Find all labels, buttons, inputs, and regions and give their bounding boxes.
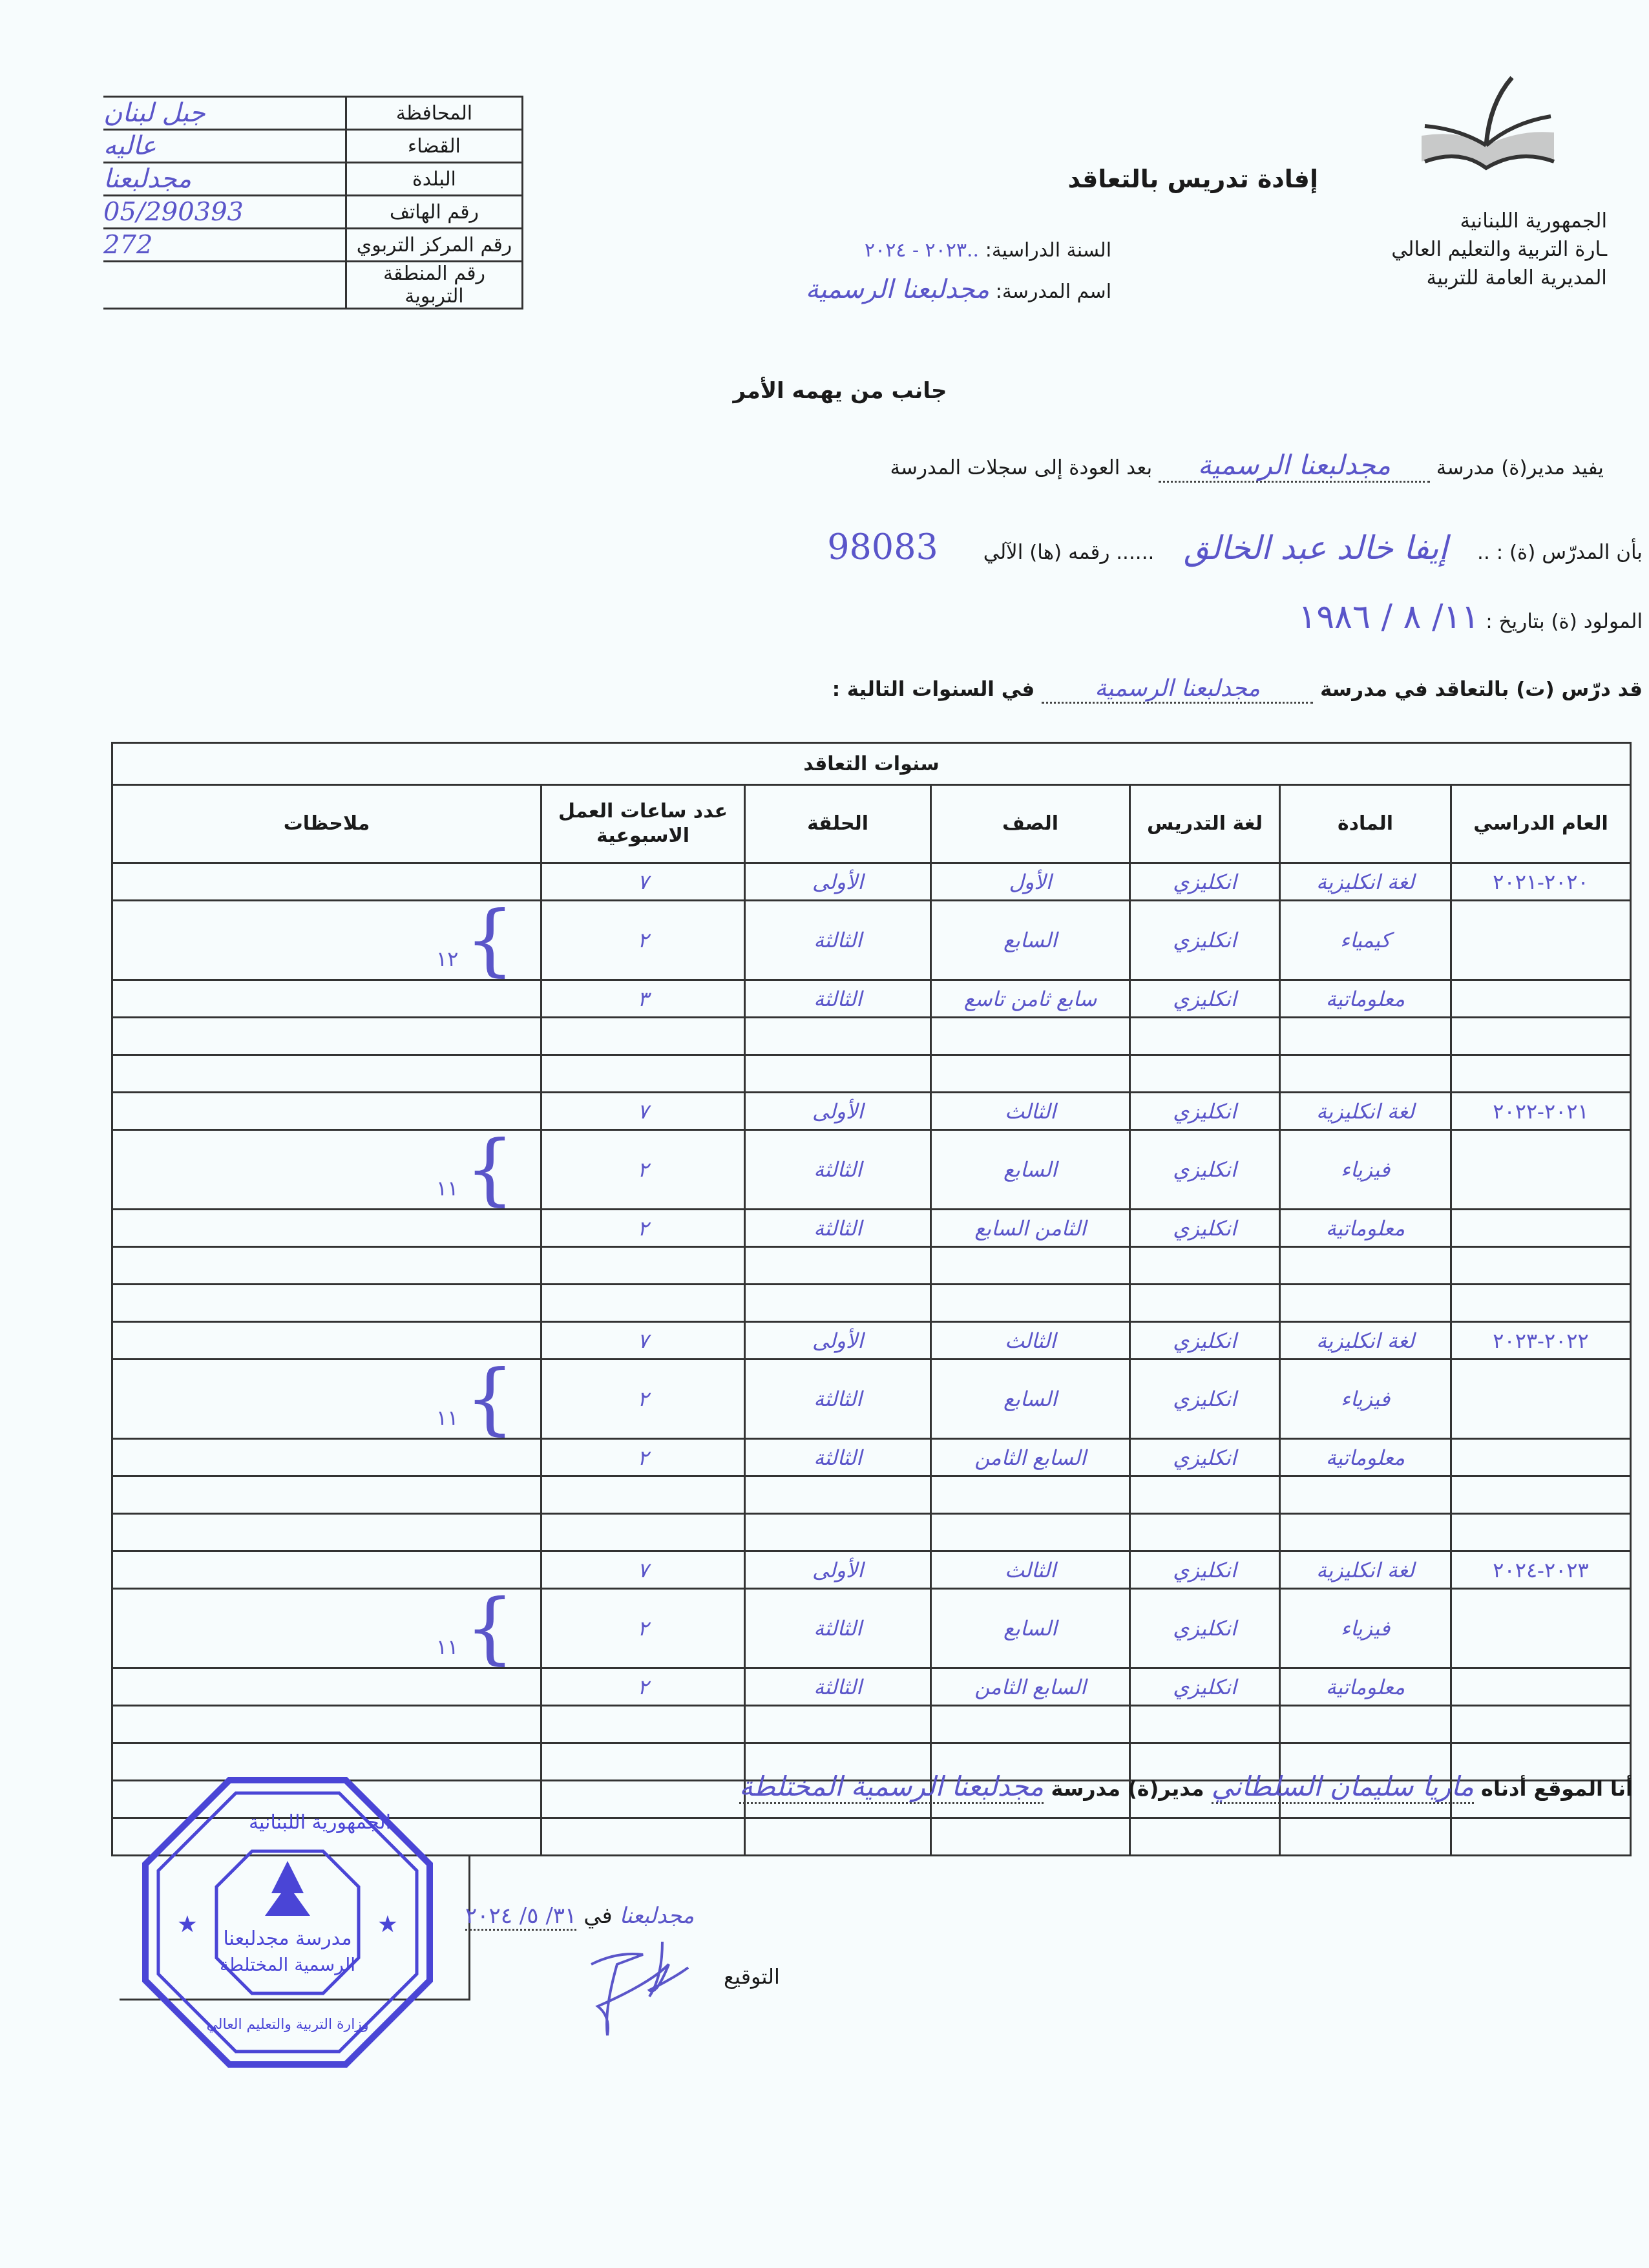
principal-name: ماريا سليمان السلطاني (1212, 1770, 1474, 1804)
taught-line: قد درّس (ت) بالتعاقد في مدرسة مجدلبعنا ا… (832, 675, 1643, 704)
cell-empty (1280, 1055, 1451, 1093)
table-row: معلوماتيةانكليزيالسابع الثامنالثالثة٢ (112, 1668, 1631, 1706)
signature-label: التوقيع (724, 1964, 780, 1989)
star-icon: ★ (177, 1911, 198, 1938)
table-row: ٢٠٢٣-٢٠٢٤لغة انكليزيةانكليزيالثالثالأولى… (112, 1551, 1631, 1589)
place-date-line: مجدلبعنا في ٣١/ ٥/ ٢٠٢٤ (465, 1903, 694, 1931)
place-value: مجدلبعنا (620, 1903, 695, 1929)
column-header: ملاحظات (112, 785, 541, 863)
cell-empty (1280, 1706, 1451, 1743)
cell-empty (1280, 1476, 1451, 1514)
column-header: الصف (931, 785, 1130, 863)
cell-cycle: الثالثة (745, 1668, 931, 1706)
cell-empty (541, 1476, 745, 1514)
cell-empty (745, 1247, 931, 1285)
cell-empty (541, 1018, 745, 1055)
cell-year (1451, 1247, 1631, 1285)
closing-statement: أنا الموقع أدناه ماريا سليمان السلطاني م… (739, 1770, 1633, 1804)
document-title: إفادة تدريس بالتعاقد (646, 165, 1357, 193)
svg-text:مدرسة مجدلبعنا: مدرسة مجدلبعنا (223, 1927, 352, 1950)
cell-language: انكليزي (1130, 1210, 1280, 1247)
cell-hours: ٢ (541, 1589, 745, 1668)
info-label: البلدة (346, 163, 523, 196)
cell-empty (931, 1706, 1130, 1743)
directorate-label: المديرية العامة للتربية (1391, 264, 1607, 292)
star-icon: ★ (377, 1911, 398, 1938)
table-caption: سنوات التعاقد (112, 743, 1631, 785)
cell-notes (112, 1018, 541, 1055)
cell-language: انكليزي (1130, 1589, 1280, 1668)
info-label: المحافظة (346, 97, 523, 130)
cell-notes (112, 980, 541, 1018)
cell-grade: سابع ثامن تاسع (931, 980, 1130, 1018)
table-row (112, 1055, 1631, 1093)
total-hours: ١١ (436, 1635, 458, 1659)
cell-hours: ٢ (541, 1439, 745, 1476)
brace-icon: } (465, 1124, 514, 1214)
cell-empty (541, 1247, 745, 1285)
cell-notes (112, 1706, 541, 1743)
cell-notes (112, 1055, 541, 1093)
cell-cycle: الأولى (745, 1322, 931, 1360)
brace-icon: } (465, 1354, 514, 1444)
cell-language: انكليزي (1130, 863, 1280, 901)
cell-empty (1130, 1055, 1280, 1093)
signature-scribble-icon (578, 1938, 708, 2042)
brace-icon: } (465, 1583, 514, 1673)
cell-year (1451, 1055, 1631, 1093)
cell-empty (541, 1055, 745, 1093)
school-name-value: مجدلبعنا الرسمية (806, 275, 989, 304)
ministry-header: الجمهورية اللبنانية ـارة التربية والتعلي… (1391, 207, 1607, 292)
cell-grade: السابع الثامن (931, 1668, 1130, 1706)
cell-year (1451, 1285, 1631, 1322)
cell-language: انكليزي (1130, 1439, 1280, 1476)
cell-empty (745, 1476, 931, 1514)
table-row: ٢٠٢١-٢٠٢٢لغة انكليزيةانكليزيالثالثالأولى… (112, 1093, 1631, 1130)
cell-grade: الثامن السابع (931, 1210, 1130, 1247)
cell-empty (1130, 1247, 1280, 1285)
cell-hours: ٢ (541, 1210, 745, 1247)
cell-empty (1280, 1247, 1451, 1285)
cell-cycle: الثالثة (745, 1210, 931, 1247)
cell-year: ٢٠٢٢-٢٠٢٣ (1451, 1322, 1631, 1360)
birthdate-label: المولود (ة) بتاريخ : (1486, 610, 1643, 633)
table-row: فيزياءانكليزيالسابعالثالثة٢} ١١ (112, 1589, 1631, 1668)
cell-language: انكليزي (1130, 1093, 1280, 1130)
cell-subject: معلوماتية (1280, 1439, 1451, 1476)
certify-prefix: يفيد مدير(ة) مدرسة (1436, 456, 1604, 479)
cell-notes (112, 1668, 541, 1706)
cell-empty (541, 1285, 745, 1322)
cell-cycle: الأولى (745, 863, 931, 901)
cell-year: ٢٠٢٠-٢٠٢١ (1451, 863, 1631, 901)
cell-hours: ٧ (541, 1551, 745, 1589)
cell-subject: لغة انكليزية (1280, 863, 1451, 901)
teacher-number: 98083 (827, 527, 938, 567)
cell-notes (112, 1439, 541, 1476)
table-row (112, 1247, 1631, 1285)
birthdate-value: ١١/ ٨ / ١٩٨٦ (1298, 598, 1479, 636)
cell-cycle: الأولى (745, 1551, 931, 1589)
column-header: المادة (1280, 785, 1451, 863)
total-hours: ١٢ (436, 947, 458, 971)
cell-year (1451, 1668, 1631, 1706)
cell-empty (541, 1514, 745, 1551)
cell-hours: ٧ (541, 1322, 745, 1360)
cell-empty (931, 1055, 1130, 1093)
cell-empty (541, 1743, 745, 1781)
cell-grade: الثالث (931, 1093, 1130, 1130)
cell-hours: ٧ (541, 863, 745, 901)
birthdate-line: المولود (ة) بتاريخ : ١١/ ٨ / ١٩٨٦ (1298, 598, 1643, 636)
cell-grade: السابع (931, 1360, 1130, 1439)
cell-hours: ٢ (541, 1668, 745, 1706)
info-value: 05/290393 (103, 196, 346, 229)
cell-subject: معلوماتية (1280, 1668, 1451, 1706)
cell-notes: } ١٢ (112, 901, 541, 980)
school-name-line: اسم المدرسة: مجدلبعنا الرسمية (646, 275, 1111, 304)
cell-year (1451, 1210, 1631, 1247)
svg-text:الرسمية المختلطة: الرسمية المختلطة (220, 1954, 355, 1975)
total-hours: ١١ (436, 1176, 458, 1201)
cell-language: انكليزي (1130, 901, 1280, 980)
cell-notes (112, 1285, 541, 1322)
cell-empty (1130, 1018, 1280, 1055)
taught-suffix: في السنوات التالية : (832, 678, 1035, 701)
cell-grade: السابع (931, 901, 1130, 980)
cell-empty (1130, 1476, 1280, 1514)
column-header: العام الدراسي (1451, 785, 1631, 863)
cell-subject: فيزياء (1280, 1589, 1451, 1668)
info-value: عاليه (103, 130, 346, 163)
signature-line: التوقيع (724, 1964, 780, 1989)
cell-subject: لغة انكليزية (1280, 1322, 1451, 1360)
cell-language: انكليزي (1130, 1360, 1280, 1439)
cell-empty (1280, 1285, 1451, 1322)
cell-year (1451, 1706, 1631, 1743)
info-value: 272 (103, 229, 346, 262)
column-header: الحلقة (745, 785, 931, 863)
certify-line: يفيد مدير(ة) مدرسة مجدلبعنا الرسمية بعد … (890, 449, 1604, 483)
svg-text:الجمهورية اللبنانية: الجمهورية اللبنانية (249, 1811, 391, 1834)
cell-empty (541, 1706, 745, 1743)
cell-hours: ٢ (541, 1130, 745, 1210)
cell-hours: ٧ (541, 1093, 745, 1130)
info-row: رقم المنطقة التربوية (103, 262, 523, 309)
cell-hours: ٢ (541, 901, 745, 980)
cell-notes: } ١١ (112, 1360, 541, 1439)
info-value: جبل لبنان (103, 97, 346, 130)
table-row (112, 1285, 1631, 1322)
info-row: رقم الهاتف05/290393 (103, 196, 523, 229)
ministry-label: ـارة التربية والتعليم العالي (1391, 235, 1607, 264)
contract-years-table: سنوات التعاقد العام الدراسيالمادةلغة الت… (111, 742, 1632, 1856)
certify-suffix: بعد العودة إلى سجلات المدرسة (890, 456, 1152, 479)
cell-subject: معلوماتية (1280, 980, 1451, 1018)
cell-subject: معلوماتية (1280, 1210, 1451, 1247)
closing-school: مجدلبعنا الرسمية المختلطة (739, 1770, 1044, 1804)
teacher-prefix: بأن المدرّس (ة) : .. (1477, 541, 1643, 564)
brace-icon: } (465, 895, 514, 985)
total-hours: ١١ (436, 1405, 458, 1430)
in-label: في (583, 1903, 613, 1929)
academic-year-line: السنة الدراسية: ..٢٠٢٣ - ٢٠٢٤ (646, 239, 1111, 262)
academic-year-label: السنة الدراسية: (985, 239, 1111, 262)
table-row (112, 1018, 1631, 1055)
table-row (112, 1706, 1631, 1743)
cell-empty (931, 1247, 1130, 1285)
cell-subject: فيزياء (1280, 1360, 1451, 1439)
teacher-name: إيفا خالد عبد الخالق (1161, 529, 1471, 567)
info-row: البلدةمجدلبعنا (103, 163, 523, 196)
cell-empty (931, 1018, 1130, 1055)
closing-role: مدير(ة) مدرسة (1051, 1776, 1204, 1801)
info-row: القضاءعاليه (103, 130, 523, 163)
cell-notes (112, 1210, 541, 1247)
cell-cycle: الثالثة (745, 980, 931, 1018)
table-row: كيمياءانكليزيالسابعالثالثة٢} ١٢ (112, 901, 1631, 980)
certify-school: مجدلبعنا الرسمية (1159, 449, 1430, 483)
cell-grade: السابع (931, 1589, 1130, 1668)
cell-empty (1130, 1514, 1280, 1551)
column-header: عدد ساعات العمل الاسبوعية (541, 785, 745, 863)
cell-year (1451, 1360, 1631, 1439)
cell-language: انكليزي (1130, 980, 1280, 1018)
info-table: المحافظةجبل لبنانالقضاءعاليهالبلدةمجدلبع… (103, 96, 523, 310)
cell-grade: الأول (931, 863, 1130, 901)
cell-language: انكليزي (1130, 1668, 1280, 1706)
cell-year: ٢٠٢٣-٢٠٢٤ (1451, 1551, 1631, 1589)
cell-cycle: الأولى (745, 1093, 931, 1130)
cell-year (1451, 1018, 1631, 1055)
table-row: معلوماتيةانكليزيسابع ثامن تاسعالثالثة٣ (112, 980, 1631, 1018)
cell-year (1451, 1439, 1631, 1476)
info-label: رقم الهاتف (346, 196, 523, 229)
cell-empty (1280, 1018, 1451, 1055)
cell-empty (745, 1285, 931, 1322)
cell-cycle: الثالثة (745, 901, 931, 980)
svg-text:وزارة التربية والتعليم العالي: وزارة التربية والتعليم العالي (206, 2017, 368, 2033)
info-row: رقم المركز التربوي272 (103, 229, 523, 262)
info-label: رقم المنطقة التربوية (346, 262, 523, 309)
cell-empty (745, 1018, 931, 1055)
cell-empty (1130, 1285, 1280, 1322)
cell-empty (745, 1514, 931, 1551)
cell-year (1451, 1130, 1631, 1210)
cell-empty (745, 1706, 931, 1743)
cell-notes (112, 1247, 541, 1285)
info-label: القضاء (346, 130, 523, 163)
teacher-line: بأن المدرّس (ة) : .. إيفا خالد عبد الخال… (827, 527, 1643, 567)
cell-notes (112, 1476, 541, 1514)
cell-empty (1130, 1706, 1280, 1743)
table-row: معلوماتيةانكليزيالثامن السابعالثالثة٢ (112, 1210, 1631, 1247)
cell-notes: } ١١ (112, 1589, 541, 1668)
cell-year (1451, 1476, 1631, 1514)
cell-subject: لغة انكليزية (1280, 1093, 1451, 1130)
cell-year (1451, 1514, 1631, 1551)
school-name-label: اسم المدرسة: (996, 280, 1111, 303)
table-row: فيزياءانكليزيالسابعالثالثة٢} ١١ (112, 1130, 1631, 1210)
cell-year (1451, 901, 1631, 980)
cell-notes: } ١١ (112, 1130, 541, 1210)
cell-hours: ٢ (541, 1360, 745, 1439)
cell-cycle: الثالثة (745, 1589, 931, 1668)
cell-year (1451, 980, 1631, 1018)
cell-cycle: الثالثة (745, 1130, 931, 1210)
cell-year: ٢٠٢١-٢٠٢٢ (1451, 1093, 1631, 1130)
cell-subject: لغة انكليزية (1280, 1551, 1451, 1589)
teacher-number-label: ...... رقمه (ها) الآلي (983, 541, 1155, 564)
cedar-icon (265, 1861, 310, 1916)
cell-notes (112, 1514, 541, 1551)
cell-language: انكليزي (1130, 1551, 1280, 1589)
cell-subject: كيمياء (1280, 901, 1451, 980)
republic-label: الجمهورية اللبنانية (1391, 207, 1607, 235)
cell-cycle: الثالثة (745, 1360, 931, 1439)
cell-grade: الثالث (931, 1322, 1130, 1360)
table-row: ٢٠٢٠-٢٠٢١لغة انكليزيةانكليزيالأولالأولى٧ (112, 863, 1631, 901)
taught-school: مجدلبعنا الرسمية (1042, 675, 1313, 704)
info-value (103, 262, 346, 309)
date-value: ٣١/ ٥/ ٢٠٢٤ (465, 1903, 576, 1931)
cell-language: انكليزي (1130, 1322, 1280, 1360)
table-row (112, 1476, 1631, 1514)
table-row: معلوماتيةانكليزيالسابع الثامنالثالثة٢ (112, 1439, 1631, 1476)
cell-grade: الثالث (931, 1551, 1130, 1589)
school-stamp: مدرسة مجدلبعنا الرسمية المختلطة ★ ★ الجم… (139, 1774, 436, 2071)
cell-empty (931, 1476, 1130, 1514)
cell-year (1451, 1589, 1631, 1668)
taught-prefix: قد درّس (ت) بالتعاقد في مدرسة (1320, 678, 1643, 701)
table-row (112, 1514, 1631, 1551)
cell-empty (931, 1285, 1130, 1322)
info-label: رقم المركز التربوي (346, 229, 523, 262)
academic-year-value: ..٢٠٢٣ - ٢٠٢٤ (865, 239, 979, 262)
cell-grade: السابع (931, 1130, 1130, 1210)
cell-empty (931, 1514, 1130, 1551)
ministry-book-logo-icon (1409, 71, 1564, 187)
table-row: فيزياءانكليزيالسابعالثالثة٢} ١١ (112, 1360, 1631, 1439)
cell-cycle: الثالثة (745, 1439, 931, 1476)
info-row: المحافظةجبل لبنان (103, 97, 523, 130)
closing-prefix: أنا الموقع أدناه (1481, 1776, 1633, 1801)
column-header: لغة التدريس (1130, 785, 1280, 863)
cell-empty (1280, 1514, 1451, 1551)
cell-language: انكليزي (1130, 1130, 1280, 1210)
table-row: ٢٠٢٢-٢٠٢٣لغة انكليزيةانكليزيالثالثالأولى… (112, 1322, 1631, 1360)
cell-empty (745, 1055, 931, 1093)
cell-grade: السابع الثامن (931, 1439, 1130, 1476)
cell-subject: فيزياء (1280, 1130, 1451, 1210)
cell-hours: ٣ (541, 980, 745, 1018)
to-whom-heading: جانب من يهمه الأمر (582, 378, 1098, 404)
info-value: مجدلبعنا (103, 163, 346, 196)
